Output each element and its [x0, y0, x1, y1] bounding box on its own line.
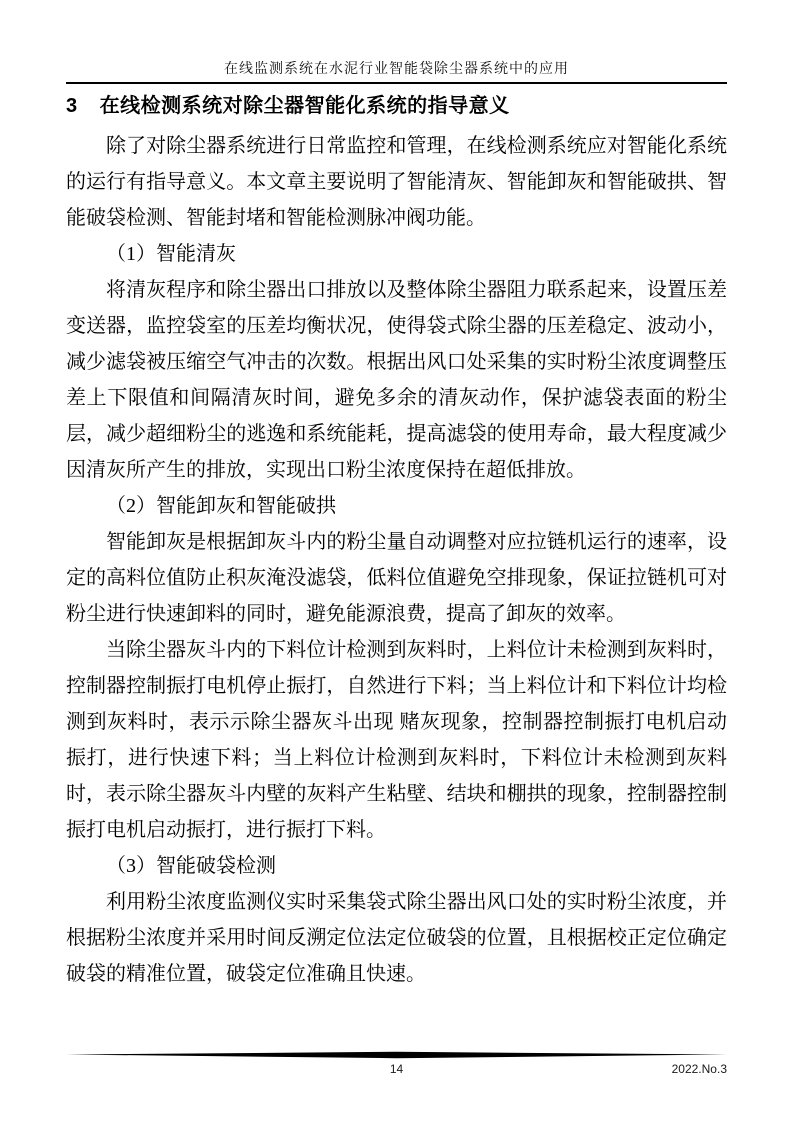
running-head: 在线监测系统在水泥行业智能袋除尘器系统中的应用 [66, 58, 727, 84]
paragraph: 将清灰程序和除尘器出口排放以及整体除尘器阻力联系起来，设置压差变送器，监控袋室的… [66, 272, 727, 488]
section-heading: 3 在线检测系统对除尘器智能化系统的指导意义 [66, 89, 727, 118]
paragraph: 除了对除尘器系统进行日常监控和管理，在线检测系统应对智能化系统的运行有指导意义。… [66, 128, 727, 236]
page-footer: 14 2022.No.3 [66, 1051, 727, 1082]
paragraph: 当除尘器灰斗内的下料位计检测到灰料时，上料位计未检测到灰料时，控制器控制振打电机… [66, 632, 727, 848]
footer-decorative-rule [66, 1051, 727, 1059]
subheading: （2）智能卸灰和智能破拱 [66, 488, 727, 524]
document-page: 在线监测系统在水泥行业智能袋除尘器系统中的应用 3 在线检测系统对除尘器智能化系… [0, 0, 793, 1122]
footer-meta: 14 2022.No.3 [66, 1062, 727, 1082]
issue-label: 2022.No.3 [672, 1062, 727, 1076]
section-title: 在线检测系统对除尘器智能化系统的指导意义 [100, 89, 510, 118]
subheading: （1）智能清灰 [66, 236, 727, 272]
section-number: 3 [66, 95, 78, 118]
paragraph: 智能卸灰是根据卸灰斗内的粉尘量自动调整对应拉链机运行的速率，设定的高料位值防止积… [66, 524, 727, 632]
document-body: 除了对除尘器系统进行日常监控和管理，在线检测系统应对智能化系统的运行有指导意义。… [66, 128, 727, 992]
subheading: （3）智能破袋检测 [66, 848, 727, 884]
paragraph: 利用粉尘浓度监测仪实时采集袋式除尘器出风口处的实时粉尘浓度，并根据粉尘浓度并采用… [66, 884, 727, 992]
page-number: 14 [390, 1062, 403, 1076]
